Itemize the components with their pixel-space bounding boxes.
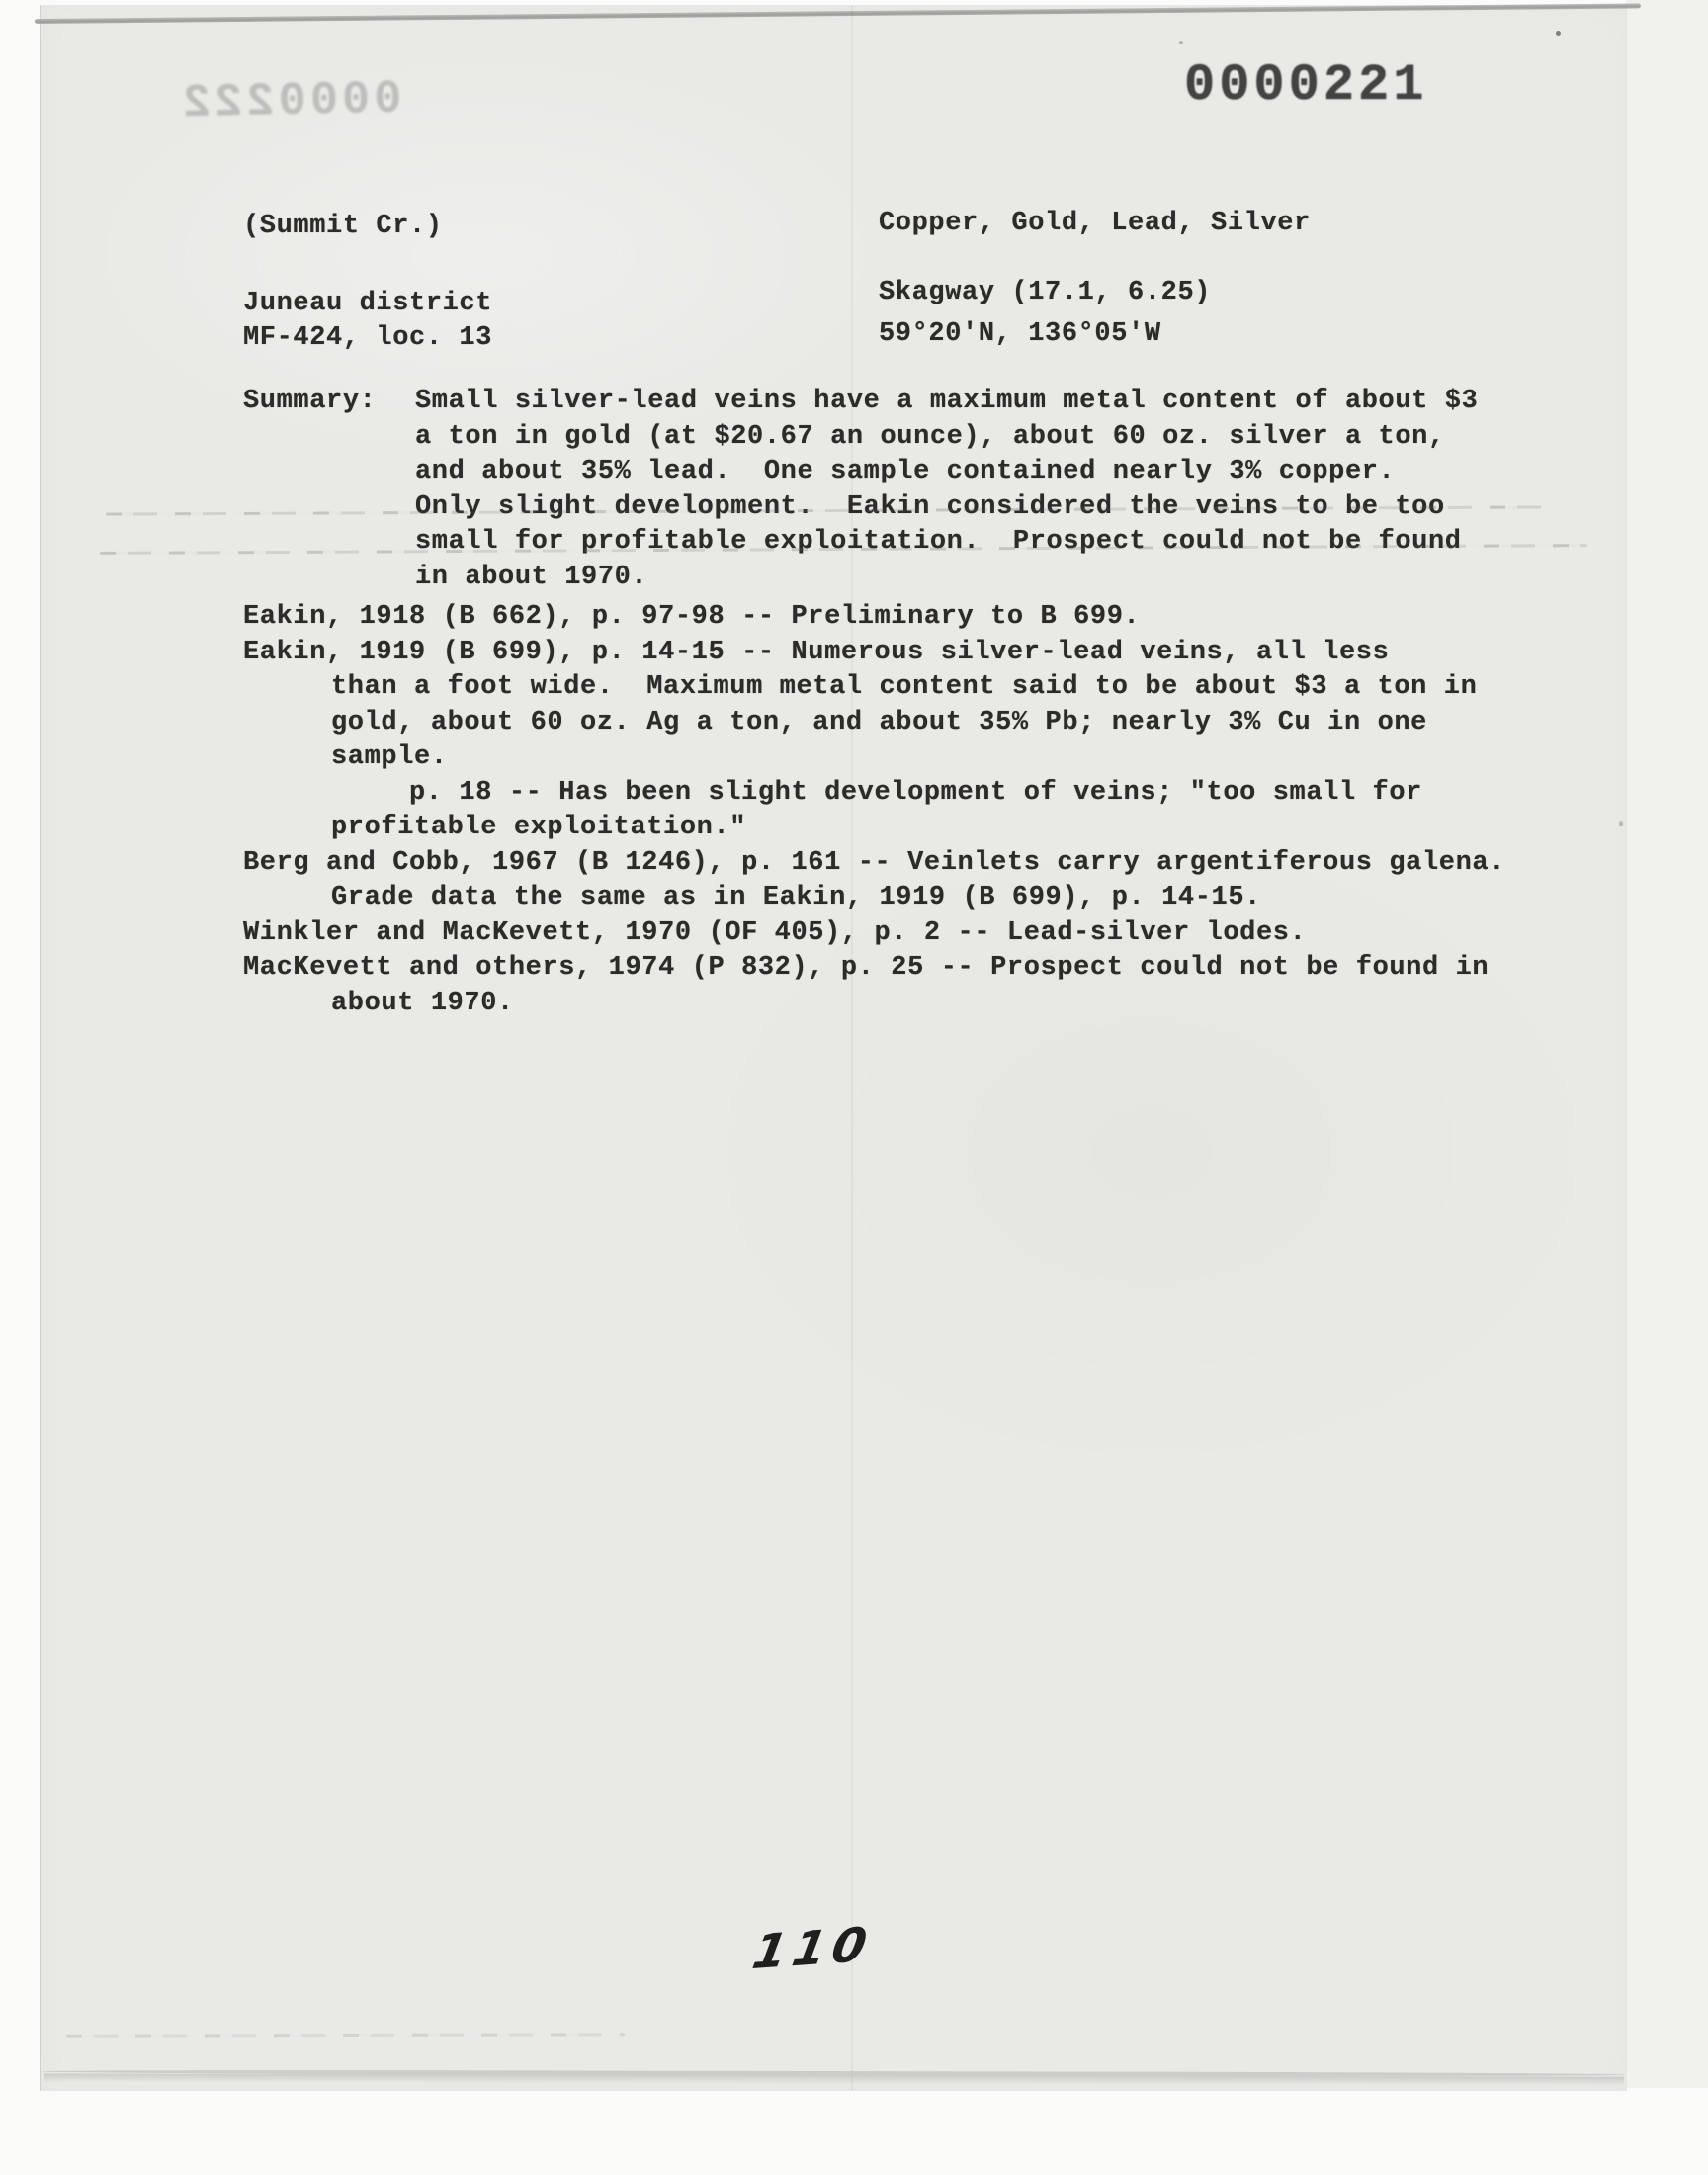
- scanned-document: { "colors": { "paper": "#e9e9e6", "scan_…: [0, 0, 1708, 2175]
- reference-line: than a foot wide. Maximum metal content …: [331, 670, 1477, 706]
- reference-line: sample.: [331, 740, 448, 776]
- ink-speck: [1179, 41, 1183, 44]
- vertical-fold-line: [851, 5, 853, 2091]
- page-bottom-shadow: [44, 2073, 1624, 2085]
- reference-line: Berg and Cobb, 1967 (B 1246), p. 161 -- …: [243, 846, 1505, 882]
- reference-line: Eakin, 1919 (B 699), p. 14-15 -- Numerou…: [243, 636, 1389, 671]
- page-top-edge-shadow: [35, 3, 1641, 24]
- commodities: Copper, Gold, Lead, Silver: [879, 207, 1311, 242]
- summary-line: in about 1970.: [415, 561, 647, 596]
- summary-label: Summary:: [243, 385, 376, 420]
- summary-line: a ton in gold (at $20.67 an ounce), abou…: [415, 420, 1445, 456]
- reference-line: MacKevett and others, 1974 (P 832), p. 2…: [243, 951, 1489, 987]
- reference-line: profitable exploitation.": [331, 811, 746, 846]
- bleedthrough-stamp-number: 0000222: [178, 74, 401, 131]
- coordinates: 59°20'N, 136°05'W: [879, 317, 1161, 353]
- ink-speck: [1556, 31, 1561, 36]
- ink-speck: [1619, 821, 1623, 826]
- reference-line: Grade data the same as in Eakin, 1919 (B…: [331, 881, 1261, 916]
- reference-line: Eakin, 1918 (B 662), p. 97-98 -- Prelimi…: [243, 600, 1140, 636]
- handwritten-page-number: 110: [748, 1917, 877, 1980]
- site-name: (Summit Cr.): [243, 210, 443, 245]
- map-reference: MF-424, loc. 13: [243, 321, 492, 357]
- summary-line: small for profitable exploitation. Prosp…: [415, 525, 1462, 561]
- summary-line: Small silver-lead veins have a maximum m…: [415, 385, 1478, 420]
- quadrangle: Skagway (17.1, 6.25): [879, 276, 1211, 311]
- reference-line: Winkler and MacKevett, 1970 (OF 405), p.…: [243, 916, 1306, 952]
- document-page: 0000222 0000221 (Summit Cr.) Copper, Gol…: [40, 5, 1627, 2091]
- reference-line: p. 18 -- Has been slight development of …: [409, 776, 1422, 812]
- document-stamp-number: 0000221: [1184, 56, 1427, 115]
- scan-streak: [66, 2033, 625, 2037]
- summary-line: and about 35% lead. One sample contained…: [415, 455, 1395, 490]
- reference-line: gold, about 60 oz. Ag a ton, and about 3…: [331, 706, 1427, 741]
- district: Juneau district: [243, 287, 492, 322]
- scan-background-right-strip: [1626, 0, 1708, 2088]
- reference-line: about 1970.: [331, 987, 514, 1022]
